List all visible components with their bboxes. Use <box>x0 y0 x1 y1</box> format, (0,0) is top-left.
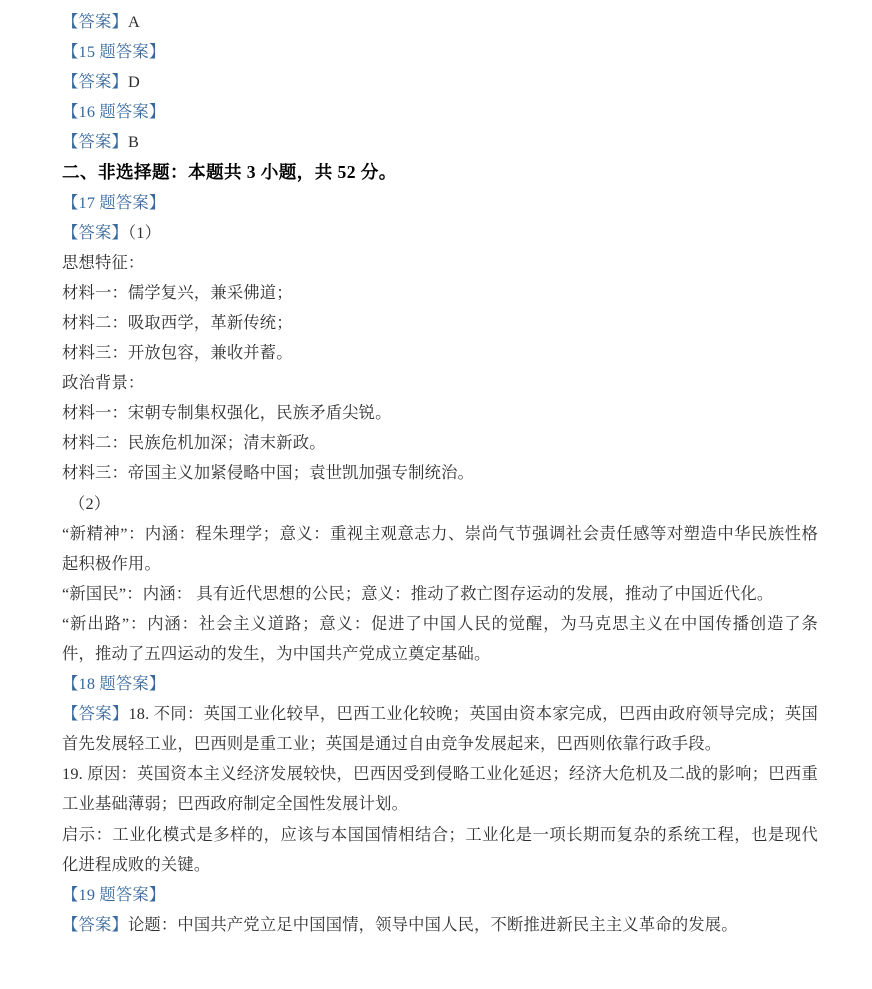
answer-line: 【19 题答案】 <box>62 880 818 910</box>
text-paragraph: 材料三：开放包容，兼收并蓄。 <box>62 338 818 368</box>
paragraph-text: 材料三：开放包容，兼收并蓄。 <box>62 343 293 362</box>
document-body: 【答案】A【15 题答案】【答案】D【16 题答案】【答案】B二、非选择题：本题… <box>62 7 818 940</box>
answer-label: 【答案】 <box>62 12 128 31</box>
section-heading: 二、非选择题：本题共 3 小题，共 52 分。 <box>62 157 818 187</box>
text-paragraph: “新出路”：内涵：社会主义道路；意义：促进了中国人民的觉醒，为马克思主义在中国传… <box>62 609 818 669</box>
answer-label: 【16 题答案】 <box>62 102 165 121</box>
text-paragraph: 材料一：宋朝专制集权强化，民族矛盾尖锐。 <box>62 398 818 428</box>
answer-label: 【19 题答案】 <box>62 885 165 904</box>
answer-line: 【17 题答案】 <box>62 188 818 218</box>
answer-line: 【答案】（1） <box>62 218 818 248</box>
answer-line: 【15 题答案】 <box>62 37 818 67</box>
paragraph-text: 材料二：民族危机加深；清末新政。 <box>62 433 326 452</box>
answer-label: 【17 题答案】 <box>62 193 165 212</box>
text-paragraph: 材料二：吸取西学，革新传统； <box>62 308 818 338</box>
paragraph-text: 材料二：吸取西学，革新传统； <box>62 313 293 332</box>
paragraph-text: B <box>128 132 139 151</box>
paragraph-text: “新国民”：内涵： 具有近代思想的公民；意义：推动了救亡图存运动的发展，推动了中… <box>62 584 773 603</box>
answer-line: 【答案】B <box>62 127 818 157</box>
answer-label: 【答案】 <box>62 704 128 723</box>
paragraph-text: （2） <box>69 494 110 513</box>
text-paragraph: 材料三：帝国主义加紧侵略中国；袁世凯加强专制统治。 <box>62 458 818 488</box>
answer-line: 【16 题答案】 <box>62 97 818 127</box>
paragraph-text: 材料一：宋朝专制集权强化，民族矛盾尖锐。 <box>62 403 392 422</box>
answer-label: 【答案】 <box>62 915 128 934</box>
text-paragraph: 材料一：儒学复兴，兼采佛道； <box>62 278 818 308</box>
text-paragraph: “新国民”：内涵： 具有近代思想的公民；意义：推动了救亡图存运动的发展，推动了中… <box>62 579 818 609</box>
heading-text: 二、非选择题：本题共 3 小题，共 52 分。 <box>62 162 397 182</box>
paragraph-text: 材料一：儒学复兴，兼采佛道； <box>62 283 293 302</box>
text-paragraph: （2） <box>62 489 818 519</box>
answer-label: 【18 题答案】 <box>62 674 165 693</box>
document-page: 【答案】A【15 题答案】【答案】D【16 题答案】【答案】B二、非选择题：本题… <box>0 0 872 989</box>
paragraph-text: “新出路”：内涵：社会主义道路；意义：促进了中国人民的觉醒，为马克思主义在中国传… <box>62 614 818 663</box>
paragraph-text: D <box>128 72 140 91</box>
answer-line: 【答案】D <box>62 67 818 97</box>
paragraph-text: （1） <box>128 223 161 242</box>
paragraph-text: 论题：中国共产党立足中国国情，领导中国人民，不断推进新民主主义革命的发展。 <box>128 915 738 934</box>
answer-label: 【15 题答案】 <box>62 42 165 61</box>
answer-line: 【答案】18. 不同：英国工业化较早，巴西工业化较晚；英国由资本家完成，巴西由政… <box>62 699 818 759</box>
paragraph-text: 启示：工业化模式是多样的，应该与本国国情相结合；工业化是一项长期而复杂的系统工程… <box>62 825 818 874</box>
answer-label: 【答案】 <box>62 72 128 91</box>
answer-line: 【答案】A <box>62 7 818 37</box>
paragraph-text: 政治背景： <box>62 373 144 392</box>
paragraph-text: 19. 原因：英国资本主义经济发展较快，巴西因受到侵略工业化延迟；经济大危机及二… <box>62 764 818 813</box>
text-paragraph: 材料二：民族危机加深；清末新政。 <box>62 428 818 458</box>
paragraph-text: 思想特征： <box>62 253 144 272</box>
text-paragraph: 启示：工业化模式是多样的，应该与本国国情相结合；工业化是一项长期而复杂的系统工程… <box>62 820 818 880</box>
answer-line: 【18 题答案】 <box>62 669 818 699</box>
text-paragraph: 19. 原因：英国资本主义经济发展较快，巴西因受到侵略工业化延迟；经济大危机及二… <box>62 759 818 819</box>
paragraph-text: 材料三：帝国主义加紧侵略中国；袁世凯加强专制统治。 <box>62 463 474 482</box>
paragraph-text: “新精神”：内涵：程朱理学；意义：重视主观意志力、崇尚气节强调社会责任感等对塑造… <box>62 524 818 573</box>
answer-label: 【答案】 <box>62 223 128 242</box>
text-paragraph: 思想特征： <box>62 248 818 278</box>
text-paragraph: “新精神”：内涵：程朱理学；意义：重视主观意志力、崇尚气节强调社会责任感等对塑造… <box>62 519 818 579</box>
text-paragraph: 政治背景： <box>62 368 818 398</box>
paragraph-text: A <box>128 12 140 31</box>
answer-line: 【答案】论题：中国共产党立足中国国情，领导中国人民，不断推进新民主主义革命的发展… <box>62 910 818 940</box>
paragraph-text: 18. 不同：英国工业化较早，巴西工业化较晚；英国由资本家完成，巴西由政府领导完… <box>62 704 818 753</box>
answer-label: 【答案】 <box>62 132 128 151</box>
